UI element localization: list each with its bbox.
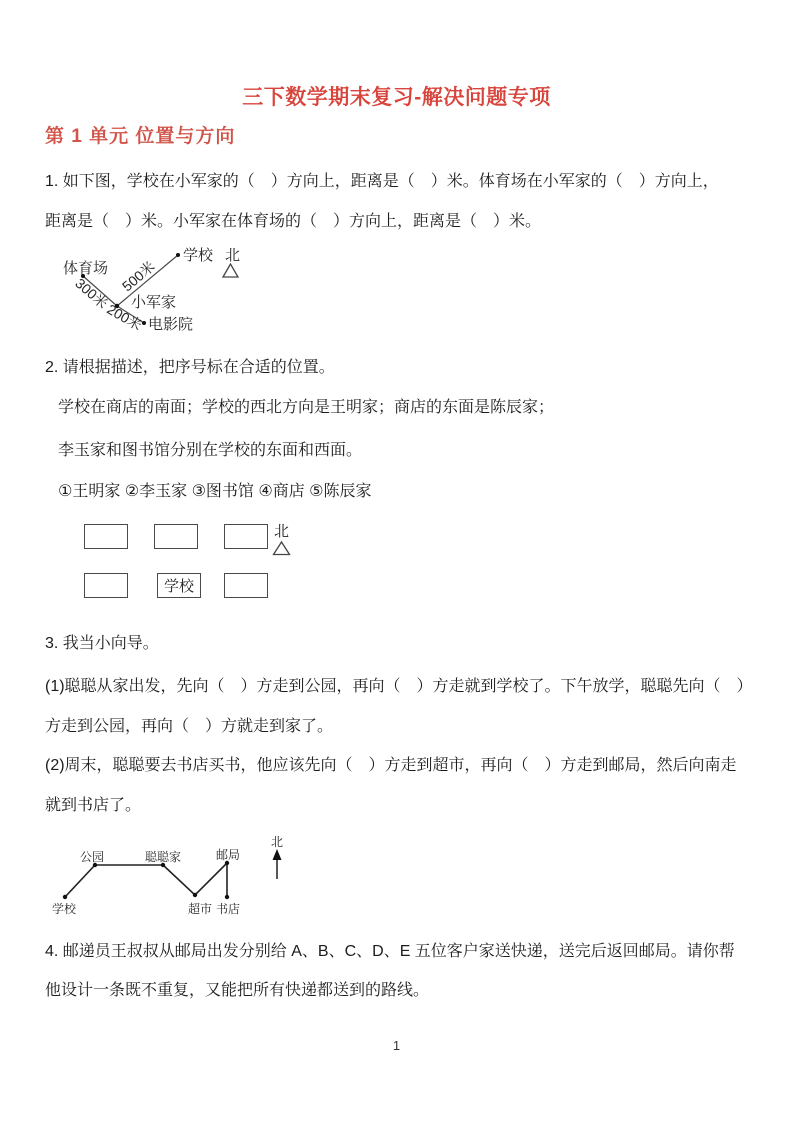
q3-route-lines: [65, 863, 227, 897]
cinema-label: 电影院: [148, 315, 193, 333]
q3-part2-line1: (2)周末，聪聪要去书店买书，他应该先向（ ）方走到超市，再向（ ）方走到邮局，…: [45, 755, 737, 776]
north-label: 北: [271, 835, 283, 849]
q3-route-diagram: 公园 聪聪家 邮局 学校 超市 书店 北: [38, 832, 298, 924]
stadium-label: 体育场: [63, 259, 108, 277]
q3-part1-line2: 方走到公园，再向（ ）方就走到家了。: [45, 716, 333, 737]
answer-box-ne: [224, 524, 268, 549]
q1-map-diagram: 体育场 学校 北 小军家 电影院 500米 300米 200米: [55, 243, 255, 343]
answer-box-e: [224, 573, 268, 598]
q3-part1-line1: (1)聪聪从家出发，先向（ ）方走到公园，再向（ ）方走就到学校了。下午放学，聪…: [45, 676, 753, 697]
q4-text-line1: 4. 邮递员王叔叔从邮局出发分别给 A、B、C、D、E 五位客户家送快递，送完后…: [45, 941, 735, 962]
north-label: 北: [274, 520, 289, 541]
q3-location-dots: [63, 861, 229, 899]
home-label: 小军家: [131, 294, 176, 311]
page-number: 1: [0, 1038, 793, 1053]
answer-box-w: [84, 573, 128, 598]
q1-text-line2: 距离是（ ）米。小军家在体育场的（ ）方向上，距离是（ ）米。: [45, 211, 541, 232]
school-box: 学校: [157, 573, 201, 598]
north-label: 北: [225, 247, 240, 264]
park-label: 公园: [80, 850, 104, 864]
school-label: 学校: [183, 246, 214, 264]
q2-description-line1: 学校在商店的南面；学校的西北方向是王明家；商店的东面是陈辰家；: [58, 397, 554, 418]
q3-intro: 3. 我当小向导。: [45, 633, 159, 654]
section-heading: 第 1 单元 位置与方向: [45, 121, 235, 148]
post-office-label: 邮局: [216, 847, 240, 862]
congcong-home-label: 聪聪家: [145, 849, 181, 864]
distance-300m-label: 300米: [72, 275, 111, 312]
q3-part2-line2: 就到书店了。: [45, 795, 141, 816]
supermarket-label: 超市: [188, 901, 212, 916]
north-triangle-icon: [223, 264, 238, 277]
north-triangle-icon: [272, 540, 291, 557]
q2-options: ①王明家 ②李玉家 ③图书馆 ④商店 ⑤陈辰家: [58, 481, 372, 502]
bookstore-label: 书店: [216, 901, 240, 916]
q4-text-line2: 他设计一条既不重复，又能把所有快递都送到的路线。: [45, 980, 429, 1001]
page-title: 三下数学期末复习-解决问题专项: [0, 81, 793, 111]
q2-intro: 2. 请根据描述，把序号标在合适的位置。: [45, 357, 335, 378]
north-arrow-icon: [273, 849, 282, 879]
q2-description-line2: 李玉家和图书馆分别在学校的东面和西面。: [58, 440, 362, 461]
answer-box-nw: [84, 524, 128, 549]
q1-text-line1: 1. 如下图，学校在小军家的（ ）方向上，距离是（ ）米。体育场在小军家的（ ）…: [45, 171, 719, 192]
answer-box-n: [154, 524, 198, 549]
school-label: 学校: [52, 901, 77, 916]
